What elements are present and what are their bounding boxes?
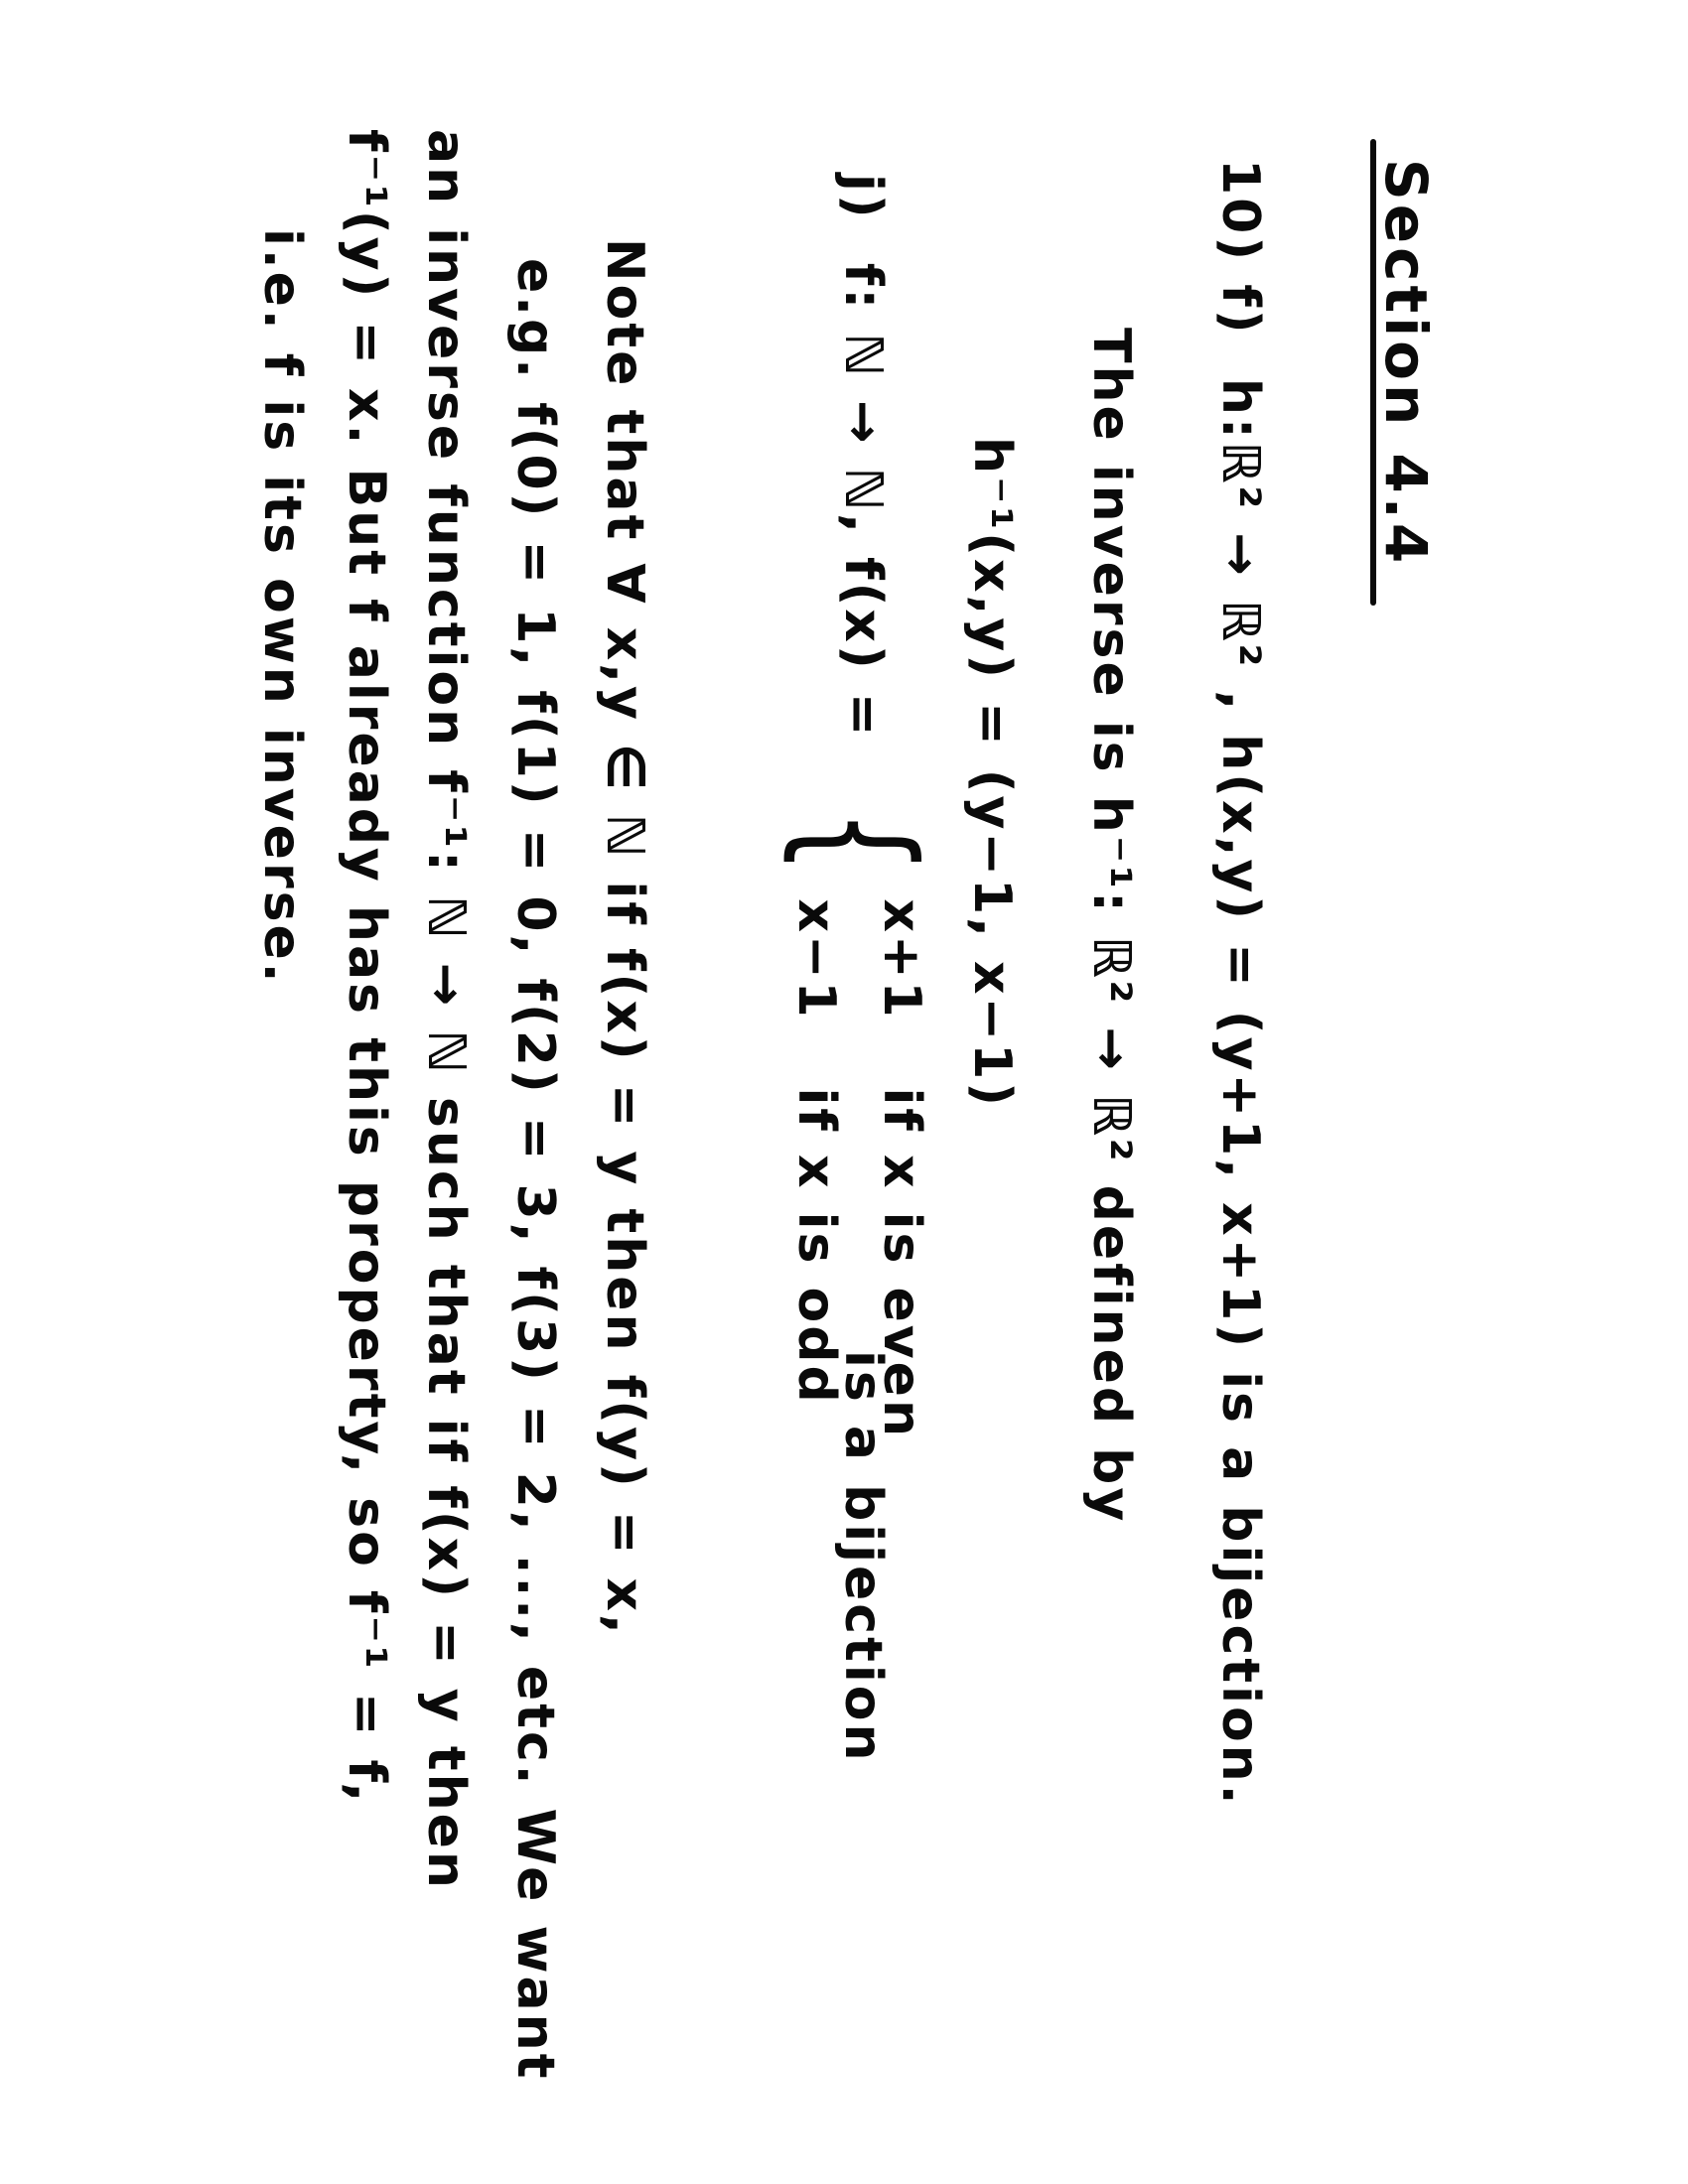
problem-10f-line: 10) f) h:ℝ² → ℝ² , h(x,y) = (y+1, x+1) i… [1214,159,1266,1807]
piecewise-definition: { x+1 if x is even x−1 if x is odd [784,794,933,1439]
problem-10j-suffix: is a bijection [837,1350,889,1763]
problem-10j-label: j) [833,174,893,221]
problem-10j-prefix: f: ℕ → ℕ, f(x) = [833,263,893,740]
problem-10f-label: 10) f) [1210,159,1270,337]
heading-underline [1370,139,1376,606]
inverse-intro-line: The inverse is h⁻¹: ℝ² → ℝ² defined by [1085,328,1137,1524]
left-brace-icon: { [784,808,933,875]
problem-10f-statement: h:ℝ² → ℝ² , h(x,y) = (y+1, x+1) is a bij… [1210,378,1270,1808]
case-expression: x−1 [786,898,846,1047]
explanation-line-2: e.g. f(0) = 1, f(1) = 0, f(2) = 3, f(3) … [509,258,561,2082]
explanation-line-5: i.e. f is its own inverse. [256,228,308,986]
section-heading: Section 4.4 [1372,159,1440,567]
explanation-line-1: Note that ∀ x,y ∈ ℕ if f(x) = y then f(y… [599,238,650,1637]
case-expression: x+1 [872,898,931,1047]
inverse-formula-line: h⁻¹(x,y) = (y−1, x−1) [966,437,1018,1109]
problem-10j-line: j) f: ℕ → ℕ, f(x) = [837,174,889,739]
explanation-line-3: an inverse function f⁻¹: ℕ → ℕ such that… [420,129,472,1891]
rotated-handwritten-page: Section 4.4 10) f) h:ℝ² → ℝ² , h(x,y) = … [0,0,1688,2184]
explanation-line-4: f⁻¹(y) = x. But f already has this prope… [341,129,392,1805]
